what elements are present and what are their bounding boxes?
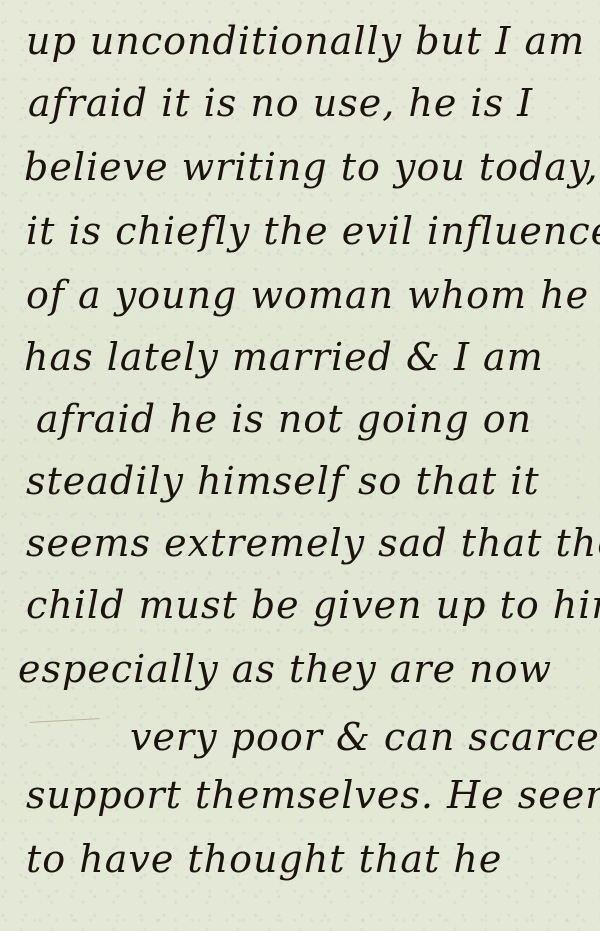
- text-line-2: afraid it is no use, he is I: [28, 84, 533, 122]
- text-line-5: of a young woman whom he: [26, 276, 589, 314]
- text-line-4: it is chiefly the evil influence: [26, 212, 600, 250]
- ink-smudge: [30, 718, 100, 733]
- text-line-9: seems extremely sad that the: [26, 524, 600, 562]
- text-line-7: afraid he is not going on: [36, 400, 532, 438]
- letter-page: up unconditionally but I am afraid it is…: [0, 0, 600, 931]
- text-line-13: support themselves. He seems: [26, 776, 600, 814]
- text-line-6: has lately married & I am: [24, 338, 544, 376]
- text-line-8: steadily himself so that it: [26, 462, 540, 500]
- text-line-12: very poor & can scarcely: [130, 718, 600, 756]
- text-line-11: especially as they are now: [18, 650, 552, 688]
- text-line-3: believe writing to you today,: [24, 148, 599, 186]
- text-line-14: to have thought that he: [26, 840, 502, 878]
- text-line-10: child must be given up to him: [26, 586, 600, 624]
- text-line-1: up unconditionally but I am: [26, 22, 585, 60]
